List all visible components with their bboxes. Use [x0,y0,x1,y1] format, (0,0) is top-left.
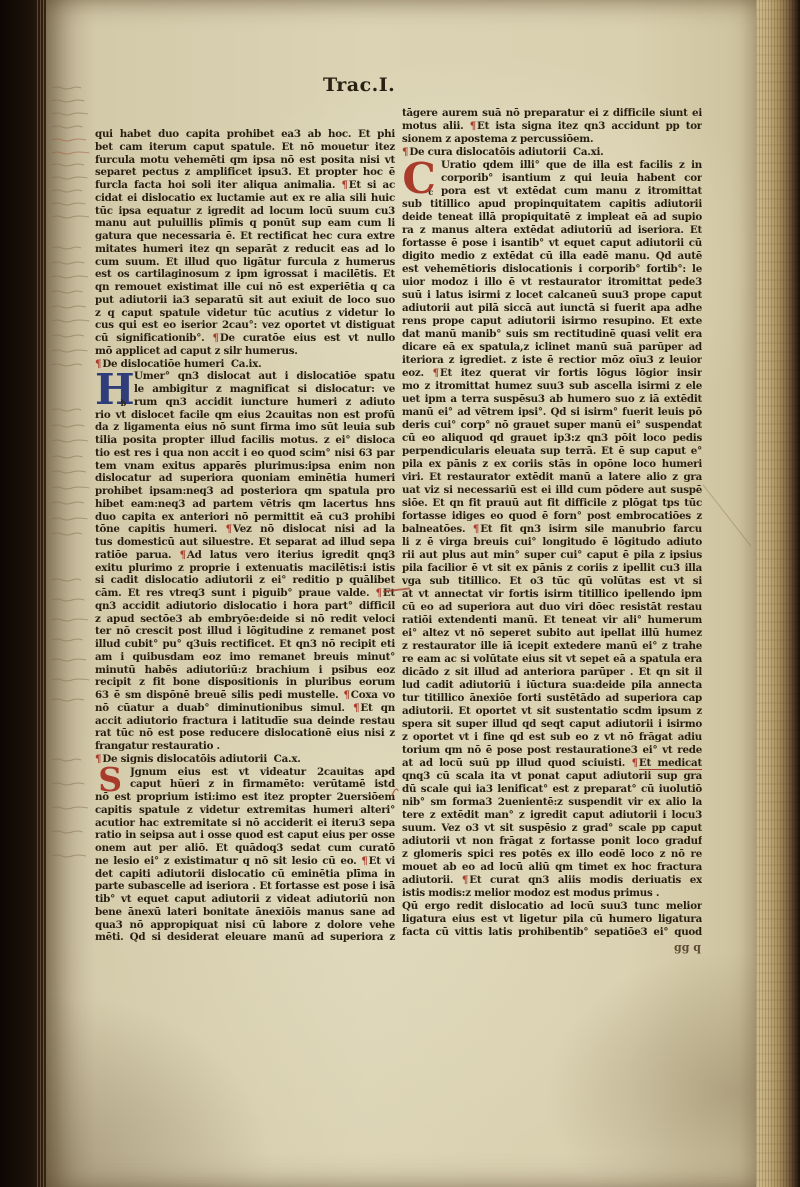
text-line: parte subascelle ad iseriora . Et fortas… [95,880,395,893]
text-line: fortasse idiges eo quod ē forn° post emb… [402,510,702,523]
text-line: cū eo ad superiora aut duo viri dōec res… [402,601,702,614]
text-line: istis modis:z melior modoz est modus pri… [402,887,702,900]
text-line: ei° altez vt nō seperet subito aut ipell… [402,627,702,640]
text-line: uet ipm a terra suspēsu3 ab humero suo z… [402,393,702,406]
text-line: ra z manus altera extēdat adiutoriū ad i… [402,224,702,237]
text-line: le ambigitur z magnificat si dislocatur:… [134,383,395,396]
red-ink-mark [391,787,399,798]
text-line: deide teneat illā propiquitatē z impleat… [402,211,702,224]
text-line: caput hūeri z in firmamēto: verūtamē ist… [130,778,395,791]
text-line: si cadit dislocatio adiutorii z ei° redi… [95,574,395,587]
text-column-left: qui habet duo capita prohibet ea3 ab hoc… [95,128,395,944]
text-line: duo capita ex anteriori nō permittit eā … [95,511,395,524]
text-line: capitis spatule z videtur extremitas hum… [95,804,395,817]
text-line: Qū ergo redit dislocatio ad locū suu3 tu… [402,900,702,913]
text-line: facta cū vittis latis prohibentib° sepat… [402,926,702,939]
running-title: Trac.I. [323,74,395,96]
text-line: put adiutorii ia3 separatū sit aut exiui… [95,294,395,307]
text-line: est os cartilaginosum z ipm igrossat i m… [95,268,395,281]
text-line: mouet ab eo ad locū aliū qm timet ex hoc… [402,861,702,874]
book-scan: Trac.I. qui habet duo capita prohibet ea… [0,0,800,1187]
text-line: dislocatur ad superiora quoniam eminētia… [95,472,395,485]
text-line: re eam ac si volūtate eius sit vt sepet … [402,653,702,666]
text-line: pila facilior ē vt sit ex pānis z coriis… [402,562,702,575]
pilcrow-mark: ¶ [353,702,360,714]
guide-letter: c [428,172,433,212]
text-line: corporib° isantium z qui leuia habent co… [441,172,702,185]
text-line: pora est vt extēdat cum manu z itromitta… [441,185,702,198]
text-line: illud cubit° pu° q3uis rectificet. Et qn… [95,638,395,651]
text-line: mitates humeri itez qn separāt z reducit… [95,243,395,256]
text-line: balneatōes. ¶Et fit qn3 isirm sile manub… [402,523,702,536]
text-line: qn3 accidit adiutorio dislocatio i hora … [95,600,395,613]
quire-signature-mark: gg q [674,941,701,954]
text-line: tus domesticū aut siluestre. Et separat … [95,536,395,549]
pilcrow-mark: ¶ [213,332,220,344]
text-line: mo z itromittat humez suu3 sub ascella i… [402,380,702,393]
pilcrow-mark: ¶ [376,587,383,599]
text-line: ratiōe parua. ¶Ad latus vero iterius igr… [95,549,395,562]
text-line: cidat ei dislocatio ex luctamie aut ex r… [95,192,395,205]
text-line: tem vnam exitus apparēs plurimus:ipsa en… [95,460,395,473]
text-line: adiutorii. ¶Et curat qn3 aliis modis der… [402,874,702,887]
text-line: tāgere aurem suā nō preparatur ei z diff… [402,107,702,120]
text-line: sub titillico apud propinquitatem capiti… [402,198,702,211]
text-line: accit adiutorio fractura i latitudīe sua… [95,715,395,728]
text-line: manū ei° ad vētrem ipsi°. Qd si isirm° f… [402,406,702,419]
text-line: z apud sectōe3 ab embryōe:deide si nō re… [95,613,395,626]
text-line: nib° sm forma3 2uenientē:z suspendit vir… [402,796,702,809]
text-line: z oportet vt i fine qd est sub eo z vt n… [402,731,702,744]
text-line: motus alii. ¶Et ista signa itez qn3 acci… [402,120,702,133]
text-line: ratio in seipsa aut i osse quod est capu… [95,829,395,842]
text-line: gatura que necessaria ē. Et rectificat h… [95,230,395,243]
pilcrow-mark: ¶ [180,549,187,561]
text-line: mō applicet ad caput z silr humerus. [95,345,395,358]
text-line: hibet eam:neq3 ad partem vētris qm lacer… [95,498,395,511]
text-line: pila ex pānis z ex coriis stās in opōne … [402,458,702,471]
text-line: bet cam iterum caput spatule. Et nō moue… [95,141,395,154]
initial-paragraph: SJgnum eius est vt videatur 2cauitas apd… [95,766,395,792]
text-line: adiutorii aut pilā siccā aut iunctā si f… [402,302,702,315]
pilcrow-mark: ¶ [361,855,368,867]
text-line: qn remouet existimat ille cui nō est exp… [95,281,395,294]
text-line: mēti. Qd si desiderat eleuare manū ad su… [95,931,395,944]
text-line: z glomeris spici res potēs ex illo eodē … [402,848,702,861]
text-line: suum. Vez o3 vt sit suspēsio z grad° sca… [402,822,702,835]
text-line: deris cui° corp° nō grauet super manū ei… [402,419,702,432]
text-line: da z ligamenta eius nō sunt firma imo sū… [95,421,395,434]
text-line: minutū habēs adiutoriū:z brachium i psib… [95,664,395,677]
text-line: nō cūatur a duab° diminutionibus simul. … [95,702,395,715]
pilcrow-mark: ¶ [632,757,639,769]
text-line: adiutorii. Et oportet vt sit sustentatio… [402,705,702,718]
pilcrow-mark: ¶ [341,179,348,191]
text-line: z restaurator ille iā icepit extedere ma… [402,640,702,653]
initial-paragraph: CcUratio qdem illi° que de illa est faci… [402,159,702,198]
illuminated-initial-C: Cc [402,159,436,197]
text-line: z q caput spatule videtur tūc acutius z … [95,307,395,320]
text-line: dat manū manib° suis sm rectitudinē quas… [402,328,702,341]
text-line: perpendicularis eleuata sup terrā. Et ē … [402,445,702,458]
pilcrow-mark: ¶ [433,367,440,379]
text-line: ter nō crescit post illud i lōgitudine z… [95,625,395,638]
page-crease [703,484,752,546]
text-line: Jgnum eius est vt videatur 2cauitas apd [130,766,395,779]
text-line: dicādo z sit illud ad anteriora parūper … [402,666,702,679]
text-line: at vt annectat vir fortis isirm titillic… [402,588,702,601]
text-line: torium qm nō ē pose post restauratione3 … [402,744,702,757]
text-line: suū i latus isirmi z locet calcaneū suu3… [402,289,702,302]
chapter-heading: ¶De dislocatiōe humeri Ca.ix. [95,358,395,371]
text-line: am i quibusdam eoz imo remanet breuis mi… [95,651,395,664]
text-line: nō est proprium isti:imo est itez propte… [95,791,395,804]
text-line: onem aut per aliō. Et quādoq3 sedat cum … [95,842,395,855]
text-line: at ad locū suū pp illud quod sciuisti. ¶… [402,757,702,770]
text-line: exitu plurimo z proprie i extenuatis mac… [95,562,395,575]
text-line: recipit z fit bone dispositionis in plur… [95,676,395,689]
chapter-heading: ¶De signis dislocatōis adiutorii Ca.x. [95,753,395,766]
chapter-heading: ¶De cura dislocatōis adiutorii Ca.xi. [402,146,702,159]
pilcrow-mark: ¶ [473,523,480,535]
pilcrow-mark: ¶ [226,523,233,535]
text-line: det capiti adiutorii dislocatio cū eminē… [95,868,395,881]
initial-paragraph: HbUmer° qn3 dislocat aut i dislocatiōe s… [95,370,395,408]
fore-edge-pages [756,0,800,1187]
text-line: separet pectus z amplificet ipsu3. Et pr… [95,166,395,179]
text-line: tilia posita propter illud facilis motus… [95,434,395,447]
text-line: frangatur restauratio . [95,740,395,753]
text-line: 63 ē sm dispōnē breuē silis pedi mustell… [95,689,395,702]
text-line: ligatura eius est vt ligetur pila cū hum… [402,913,702,926]
text-line: prohibet ipsam:neq3 ad posteriora qm spa… [95,485,395,498]
text-line: cū eo aliquod qd grauet ip3:z qn3 pōit l… [402,432,702,445]
text-line: acutior hac extremitate si nō acciderit … [95,817,395,830]
text-line: fortasse ē pose i isantib° vt equet capu… [402,237,702,250]
text-line: cum suum. Et illud quo ligātur furcula z… [95,256,395,269]
text-line: uior modoz i illo ē vt restaurator itrom… [402,276,702,289]
text-line: spera sit super illud qd seqt caput adiu… [402,718,702,731]
handwritten-marginalia [49,80,95,910]
text-line: cū significationib°. ¶De curatōe eius es… [95,332,395,345]
text-line: cus qui est eo iserior 2cau°: vez oporte… [95,319,395,332]
text-line: bene ānexū lateri bonitate ānexiōis manu… [95,906,395,919]
text-line: qui habet duo capita prohibet ea3 ab hoc… [95,128,395,141]
text-line: Uratio qdem illi° que de illa est facili… [441,159,702,172]
guide-letter: b [121,383,126,423]
text-line: manu aut puluillis plīmis q ponūt sup ea… [95,217,395,230]
text-line: ratiōi extendenti manū. Et teneat vir al… [402,614,702,627]
text-line: Umer° qn3 dislocat aut i dislocatiōe spa… [134,370,395,383]
text-line: furcula motu vehemēti qm ipsa nō est pos… [95,154,395,167]
text-line: vga sub titillico. Et o3 tūc qū volūtas … [402,575,702,588]
text-line: tōne capitis humeri. ¶Vez nō dislocat ni… [95,523,395,536]
book-binding [0,0,46,1187]
text-line: tūc ipsa equatur z igredit ad locum locū… [95,205,395,218]
text-line: adiutorii vt non frāgat z fortasse ponit… [402,835,702,848]
text-line: qua3 nō appropiquat nisi cū labore z dol… [95,919,395,932]
text-line: rum qn3 accidit iuncture humeri z adiuto [134,396,395,409]
pilcrow-mark: ¶ [462,874,469,886]
text-line: furcla facta hoi soli iter aliqua animal… [95,179,395,192]
text-line: uat viz si necessariū est ei illd cum pō… [402,484,702,497]
text-column-right: tāgere aurem suā nō preparatur ei z diff… [402,107,702,939]
text-line: siōe. Et qn fit prauū aut fit difficile … [402,497,702,510]
text-line: digito medio z extēdat cū illa eadē manu… [402,250,702,263]
text-line: sionem z apostema z percussiōem. [402,133,702,146]
parchment-page: Trac.I. qui habet duo capita prohibet ea… [46,0,757,1187]
text-line: li z ē virga breuis cui° longitudo ē lōg… [402,536,702,549]
text-line: cām. Et res vtreq3 sunt i piguib° praue … [95,587,395,600]
text-line: ne lesio ei° z existimatur q nō sit lesi… [95,855,395,868]
illuminated-initial-H: Hb [95,370,129,408]
pilcrow-mark: ¶ [343,689,350,701]
text-line: viri. Et restaurator extēdit manū a late… [402,471,702,484]
text-line: dū scale qui ia3 lenificat° est z prepar… [402,783,702,796]
text-line: iteriora z igrediet. z iste ē rectior mō… [402,354,702,367]
text-line: rii aut plus aut min° super cui° caput ē… [402,549,702,562]
text-line: lud cadit adiutoriū i iūctura sua:deide … [402,679,702,692]
illuminated-initial-S: S [95,766,125,791]
text-line: rens prope caput adiutorii isirmo resupi… [402,315,702,328]
text-line: tere z extēdit man° z igredit caput adiu… [402,809,702,822]
text-line: tio est res i qua non accit i eo quod sc… [95,447,395,460]
text-line: rio vt dislocet facile qm eius 2cauitas … [95,409,395,422]
text-line: rat tūc nō est pose reducere dislocation… [95,727,395,740]
text-line: tur titillico ānexiōe forti sustētādo ad… [402,692,702,705]
text-line: qnq3 cū scala ita vt ponat caput adiutor… [402,770,702,783]
text-line: eoz. ¶Et itez querat vir fortis lōgus lō… [402,367,702,380]
pilcrow-mark: ¶ [470,120,477,132]
text-line: est vehemētioris dislocationis i corpori… [402,263,702,276]
text-line: tib° vt equet caput adiutorii z videat a… [95,893,395,906]
text-line: dicare eā ex spatula,z iclinet manū suā … [402,341,702,354]
